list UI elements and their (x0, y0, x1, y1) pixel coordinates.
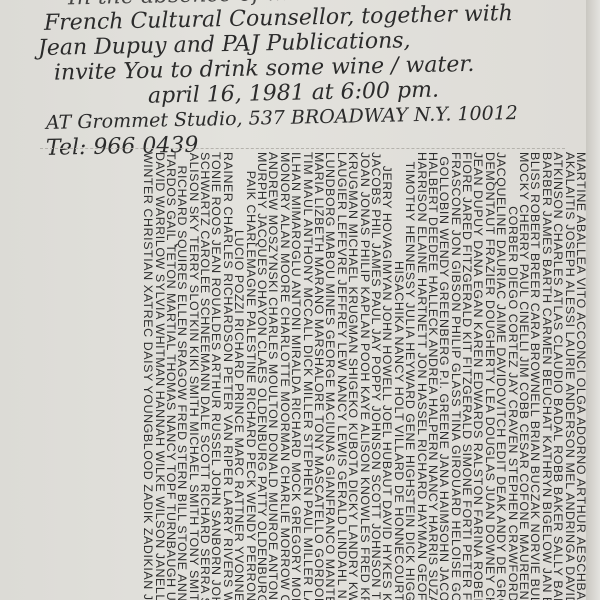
paper-edge (586, 0, 600, 600)
names-row: HISACHIKA NANCY HOLT VILLARD DE HONNECOU… (392, 152, 403, 600)
names-row: FRASCONE JON GIBSON PHILIP GLASS TINA GI… (449, 152, 460, 600)
printed-names-list: MARTINE ABALLEA VITO ACCONCI OLGA ADORNO… (142, 152, 586, 600)
names-row: RAINER CHARLES RICHARDSON PETER VAN RIPE… (222, 152, 233, 600)
handwritten-invitation: In the absence of ... the French Cultura… (38, 0, 578, 161)
names-row: MONORY ALAN MOORE CHARLOTTE MOORMAN CHAR… (278, 152, 289, 600)
names-row: BARBER JAMES BARTH CARMEN BEUCHAT KATHRY… (540, 152, 551, 600)
names-row: LAUGIER LEFEVRE JEFFREY LEW NANCY LEWIS … (335, 152, 346, 600)
names-row: WINTER CHRISTIAN XATREC DAISY YOUNGBLOOD… (142, 152, 153, 600)
names-row: ALISON SKY TERRY SLOTKIN KIKI SMITH MICH… (187, 152, 198, 600)
names-row: DEMONTAUT FRAZIER DOUGHERTY LEA DOUGLAS … (483, 152, 494, 600)
